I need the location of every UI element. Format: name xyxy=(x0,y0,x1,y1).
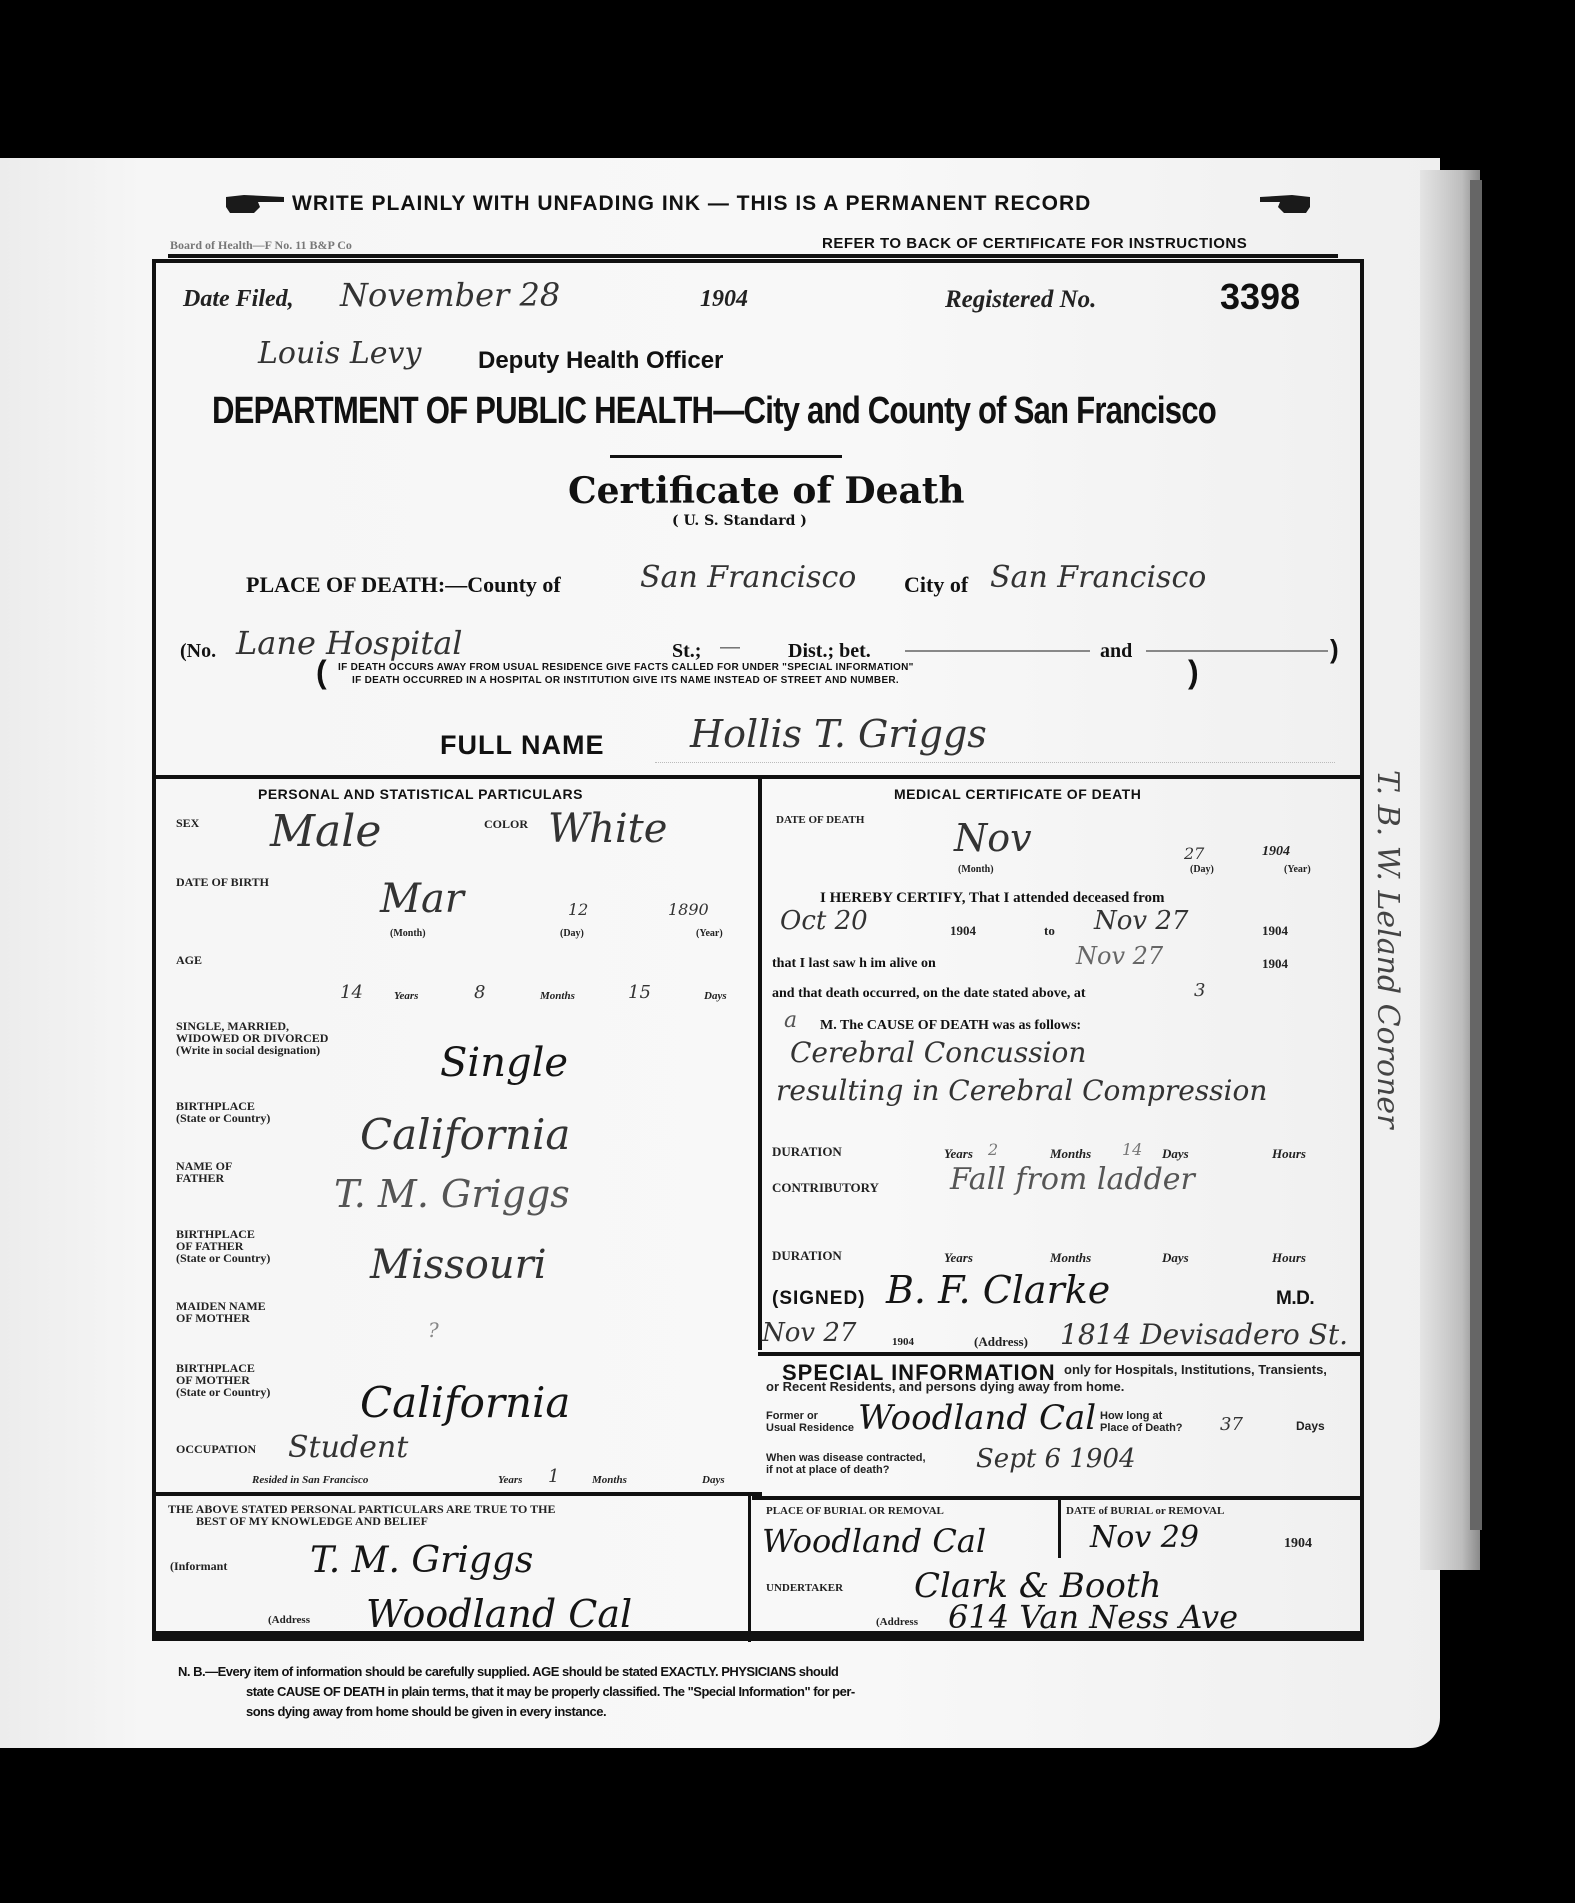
former-residence-label-2: Usual Residence xyxy=(766,1422,854,1434)
informant-address: Woodland Cal xyxy=(366,1592,632,1636)
undertaker-label: UNDERTAKER xyxy=(766,1582,843,1594)
coroner-margin-note: T. B. W. Leland Coroner xyxy=(1370,770,1405,1129)
street-number-value: Lane Hospital xyxy=(236,624,463,662)
date-filed-value: November 28 xyxy=(340,276,560,314)
death-ampm: a xyxy=(784,1008,797,1033)
attended-from-year: 1904 xyxy=(950,925,976,937)
attended-to: Nov 27 xyxy=(1094,906,1188,936)
dod-month: Nov xyxy=(954,816,1032,860)
contracted-value: Sept 6 1904 xyxy=(976,1444,1136,1474)
registered-label: Registered No. xyxy=(945,286,1096,314)
resided-label: Resided in San Francisco xyxy=(252,1474,368,1486)
footer-note-2: state CAUSE OF DEATH in plain terms, tha… xyxy=(246,1684,855,1699)
age-years-caption: Years xyxy=(394,990,418,1002)
standard-note: ( U. S. Standard ) xyxy=(672,513,807,529)
footer-note-3: sons dying away from home should be give… xyxy=(246,1704,606,1719)
form-number: Board of Health—F No. 11 B&P Co xyxy=(170,238,352,253)
last-saw-value: Nov 27 xyxy=(1076,942,1163,970)
burial-year: 1904 xyxy=(1284,1538,1312,1550)
signed-label: (SIGNED) xyxy=(772,1288,866,1310)
duration-label-1: DURATION xyxy=(772,1146,842,1158)
informant-name: T. M. Griggs xyxy=(310,1540,533,1581)
informant-statement-2: BEST OF MY KNOWLEDGE AND BELIEF xyxy=(196,1515,428,1527)
mother-bp-label-3: (State or Country) xyxy=(176,1386,270,1398)
dob-year: 1890 xyxy=(668,900,709,919)
informant-rule xyxy=(152,1492,762,1496)
birthplace-value: California xyxy=(360,1110,570,1159)
full-name-label: FULL NAME xyxy=(440,730,605,761)
duration-months-label-2: Months xyxy=(1050,1250,1091,1266)
resided-days-label: Days xyxy=(702,1474,725,1486)
full-name-line xyxy=(655,762,1335,763)
street-value: — xyxy=(720,636,740,659)
occurred-text: and that death occurred, on the date sta… xyxy=(772,986,1086,1002)
duration-years-label-2: Years xyxy=(944,1250,973,1266)
dod-month-caption: (Month) xyxy=(958,864,994,876)
duration-years-value-1: 2 xyxy=(988,1140,998,1159)
note-paren-left: ( xyxy=(316,654,327,691)
district-label: Dist.; bet. xyxy=(788,640,871,663)
dob-year-caption: (Year) xyxy=(696,928,723,940)
note-paren-right: ) xyxy=(1188,654,1199,691)
dod-label: DATE OF DEATH xyxy=(776,814,864,826)
marital-label-3: (Write in social designation) xyxy=(176,1044,320,1056)
age-days-caption: Days xyxy=(704,990,727,1002)
street-number-label: (No. xyxy=(180,640,216,663)
burial-divider xyxy=(1058,1496,1061,1558)
and-line xyxy=(1146,650,1328,652)
dob-month: Mar xyxy=(380,876,464,922)
dob-month-caption: (Month) xyxy=(390,928,426,940)
special-rule xyxy=(758,1352,1364,1356)
mother-label-2: OF MOTHER xyxy=(176,1312,250,1324)
duration-days-value-1: 14 xyxy=(1122,1140,1142,1159)
residence-note-1: IF DEATH OCCURS AWAY FROM USUAL RESIDENC… xyxy=(338,662,914,673)
title-rule xyxy=(610,455,842,458)
duration-hours-label-2: Hours xyxy=(1272,1250,1306,1266)
date-filed-label: Date Filed, xyxy=(183,286,294,313)
informant-label: (Informant xyxy=(170,1560,227,1572)
cause-line-1: Cerebral Concussion xyxy=(790,1036,1086,1069)
resided-years-label: Years xyxy=(498,1474,522,1486)
pointing-hand-icon-left xyxy=(224,193,286,215)
duration-label-2: DURATION xyxy=(772,1250,842,1262)
pointing-hand-icon-right xyxy=(1258,193,1312,215)
duration-years-label-1: Years xyxy=(944,1146,973,1162)
mother-value: ? xyxy=(428,1318,439,1342)
medical-heading: MEDICAL CERTIFICATE OF DEATH xyxy=(894,786,1141,802)
sex-label: SEX xyxy=(176,817,199,829)
father-bp-label-3: (State or Country) xyxy=(176,1252,270,1264)
special-heading-note: only for Hospitals, Institutions, Transi… xyxy=(1064,1364,1327,1376)
resided-years-value: 1 xyxy=(548,1466,559,1487)
date-filed-year: 1904 xyxy=(700,286,748,313)
ink-instruction: WRITE PLAINLY WITH UNFADING INK — THIS I… xyxy=(292,192,1091,216)
county-value: San Francisco xyxy=(640,560,856,595)
attended-to-label: to xyxy=(1044,925,1055,937)
duration-months-label-1: Months xyxy=(1050,1146,1091,1162)
contributory-value: Fall from ladder xyxy=(950,1162,1195,1197)
special-heading-note-2: or Recent Residents, and persons dying a… xyxy=(766,1381,1124,1393)
burial-place: Woodland Cal xyxy=(762,1522,986,1560)
undertaker-address: 614 Van Ness Ave xyxy=(948,1598,1238,1636)
city-value: San Francisco xyxy=(990,560,1206,595)
physician-signature: B. F. Clarke xyxy=(886,1268,1110,1312)
department-title: DEPARTMENT OF PUBLIC HEALTH—City and Cou… xyxy=(212,390,1216,433)
burial-left-border xyxy=(748,1492,751,1642)
certificate-title: Certificate of Death xyxy=(568,470,965,512)
father-value: T. M. Griggs xyxy=(334,1172,570,1216)
attended-to-year: 1904 xyxy=(1262,925,1288,937)
and-label: and xyxy=(1100,640,1132,663)
header-rule xyxy=(168,254,1338,258)
duration-days-label-1: Days xyxy=(1162,1146,1189,1162)
dod-year: 1904 xyxy=(1262,844,1290,860)
burial-place-label: PLACE OF BURIAL OR REMOVAL xyxy=(766,1505,944,1517)
age-days: 15 xyxy=(628,982,651,1003)
street-label: St.; xyxy=(672,640,701,663)
dob-day: 12 xyxy=(568,900,588,919)
physician-address: 1814 Devisadero St. xyxy=(1060,1318,1348,1351)
how-long-days-label: Days xyxy=(1296,1420,1325,1432)
age-years: 14 xyxy=(340,982,363,1003)
physician-address-label: (Address) xyxy=(974,1336,1028,1348)
personal-heading: PERSONAL AND STATISTICAL PARTICULARS xyxy=(258,786,583,802)
cause-line-2: resulting in Cerebral Compression xyxy=(776,1074,1267,1107)
color-label: COLOR xyxy=(484,818,528,830)
birthplace-label-2: (State or Country) xyxy=(176,1112,270,1124)
how-long-label-2: Place of Death? xyxy=(1100,1422,1183,1434)
marital-value: Single xyxy=(440,1040,568,1086)
close-paren: ) xyxy=(1330,634,1339,665)
occupation-label: OCCUPATION xyxy=(176,1443,256,1455)
father-bp-value: Missouri xyxy=(370,1242,547,1288)
officer-signature: Louis Levy xyxy=(258,336,421,371)
column-divider xyxy=(758,775,762,1350)
signed-year: 1904 xyxy=(892,1336,914,1348)
dod-year-caption: (Year) xyxy=(1284,864,1311,876)
mother-bp-value: California xyxy=(360,1378,570,1427)
officer-title: Deputy Health Officer xyxy=(478,347,723,375)
md-label: M.D. xyxy=(1276,1288,1314,1310)
dod-day-caption: (Day) xyxy=(1190,864,1214,876)
contributory-label: CONTRIBUTORY xyxy=(772,1182,879,1194)
attended-from: Oct 20 xyxy=(780,906,868,936)
age-label: AGE xyxy=(176,954,202,966)
father-label-2: FATHER xyxy=(176,1172,224,1184)
color-value: White xyxy=(548,806,667,852)
signed-date: Nov 27 xyxy=(762,1318,856,1348)
dob-label: DATE OF BIRTH xyxy=(176,876,269,888)
burial-date: Nov 29 xyxy=(1090,1520,1199,1555)
occupation-value: Student xyxy=(288,1430,408,1465)
footer-note-1: N. B.—Every item of information should b… xyxy=(178,1664,838,1679)
informant-address-label: (Address xyxy=(268,1614,310,1626)
cause-text: M. The CAUSE OF DEATH was as follows: xyxy=(820,1018,1081,1034)
death-hour: 3 xyxy=(1194,980,1205,1001)
undertaker-address-label: (Address xyxy=(876,1616,918,1628)
how-long-label-1: How long at xyxy=(1100,1410,1162,1422)
registered-number: 3398 xyxy=(1220,276,1300,318)
last-saw-year: 1904 xyxy=(1262,958,1288,970)
how-long-value: 37 xyxy=(1220,1414,1243,1435)
contracted-label-1: When was disease contracted, xyxy=(766,1452,926,1464)
resided-months-label: Months xyxy=(592,1474,627,1486)
dod-day: 27 xyxy=(1184,844,1204,863)
place-of-death-label: PLACE OF DEATH:—County of xyxy=(246,572,561,598)
district-line xyxy=(905,650,1090,652)
age-months: 8 xyxy=(474,982,485,1003)
last-saw-text: that I last saw h im alive on xyxy=(772,956,936,972)
certify-text: I HEREBY CERTIFY, That I attended deceas… xyxy=(820,890,1165,907)
dob-day-caption: (Day) xyxy=(560,928,584,940)
page-edge-shadow xyxy=(1470,180,1482,1530)
former-residence-value: Woodland Cal xyxy=(858,1398,1096,1438)
burial-date-label: DATE of BURIAL or REMOVAL xyxy=(1066,1505,1224,1517)
duration-days-label-2: Days xyxy=(1162,1250,1189,1266)
full-name-value: Hollis T. Griggs xyxy=(690,712,987,756)
residence-note-2: IF DEATH OCCURRED IN A HOSPITAL OR INSTI… xyxy=(352,675,899,686)
former-residence-label-1: Former or xyxy=(766,1410,818,1422)
duration-hours-label-1: Hours xyxy=(1272,1146,1306,1162)
refer-back-note: REFER TO BACK OF CERTIFICATE FOR INSTRUC… xyxy=(822,235,1247,252)
sex-value: Male xyxy=(270,806,381,857)
age-months-caption: Months xyxy=(540,990,575,1002)
city-label: City of xyxy=(904,572,968,598)
contracted-label-2: if not at place of death? xyxy=(766,1464,889,1476)
